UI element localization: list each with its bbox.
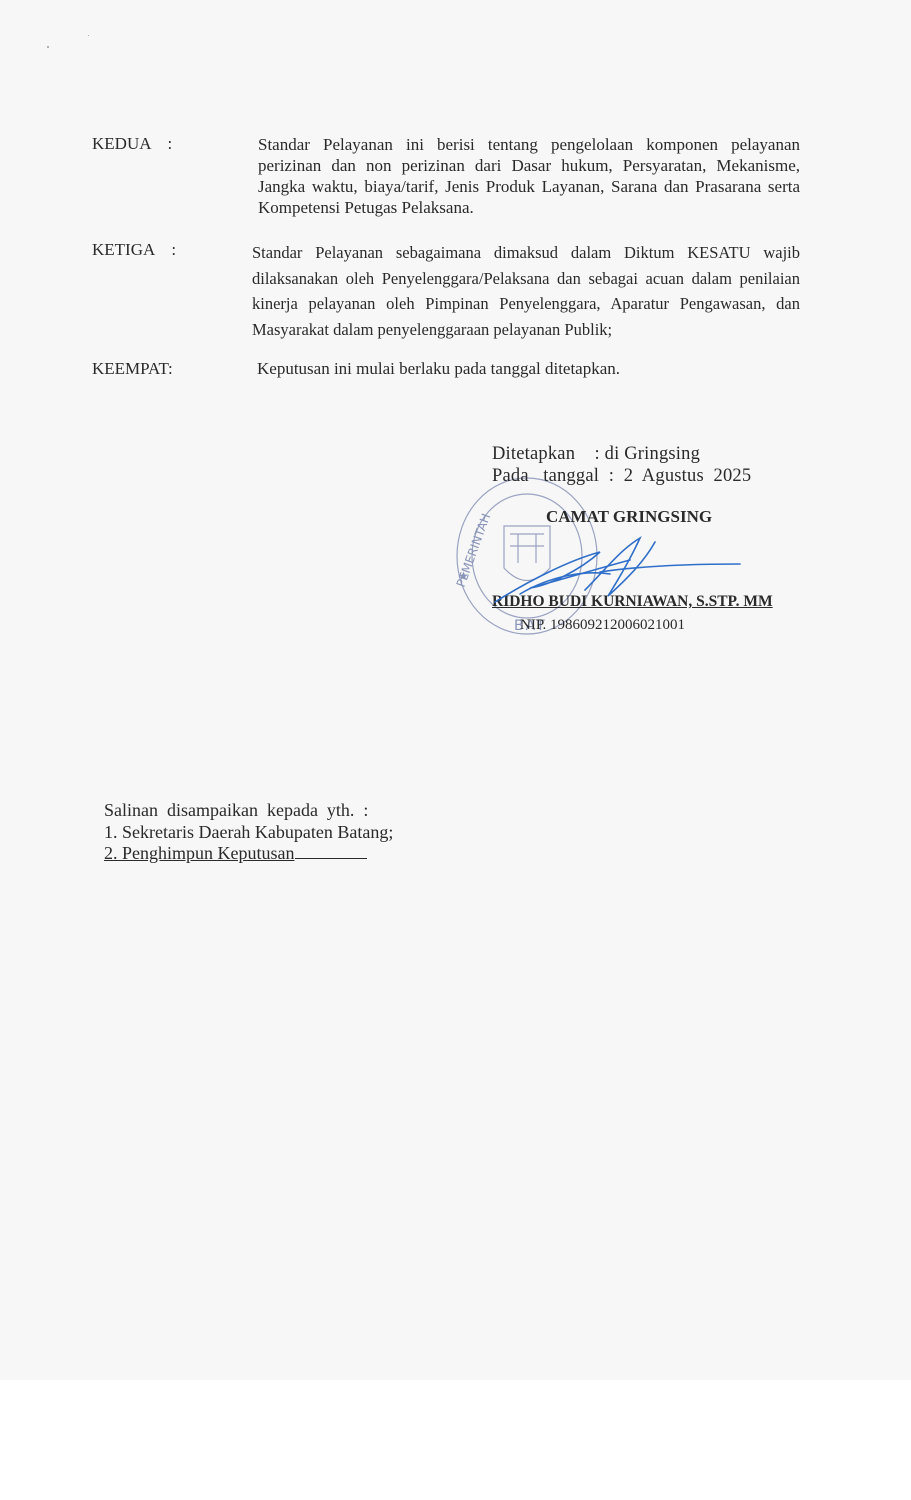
diktum-label: KEDUA : xyxy=(92,134,172,154)
diktum-label: KETIGA : xyxy=(92,240,176,260)
diktum-text: Standar Pelayanan ini berisi tentang pen… xyxy=(258,134,800,218)
scan-speck xyxy=(88,35,89,36)
copy-item: 2. Penghimpun Keputusan xyxy=(104,843,295,863)
copy-item: 1. Sekretaris Daerah Kabupaten Batang; xyxy=(104,822,393,844)
copy-distribution: Salinan disampaikan kepada yth. : 1. Sek… xyxy=(104,800,393,865)
official-nip: NIP. 198609212006021001 xyxy=(520,617,685,634)
underline-fill xyxy=(295,844,367,859)
diktum-text: Keputusan ini mulai berlaku pada tanggal… xyxy=(257,359,805,379)
place-line: Ditetapkan : di Gringsing xyxy=(492,443,822,465)
scan-speck xyxy=(47,46,49,48)
copy-item-last: 2. Penghimpun Keputusan xyxy=(104,843,393,865)
diktum-text: Standar Pelayanan sebagaimana dimaksud d… xyxy=(252,240,800,342)
diktum-label: KEEMPAT: xyxy=(92,359,173,379)
official-name: RIDHO BUDI KURNIAWAN, S.STP. MM xyxy=(492,593,773,611)
date-line: Pada tanggal : 2 Agustus 2025 xyxy=(492,465,822,487)
signature-block: Ditetapkan : di Gringsing Pada tanggal :… xyxy=(492,443,822,487)
position-title: CAMAT GRINGSING xyxy=(546,507,712,527)
copy-heading: Salinan disampaikan kepada yth. : xyxy=(104,800,393,822)
